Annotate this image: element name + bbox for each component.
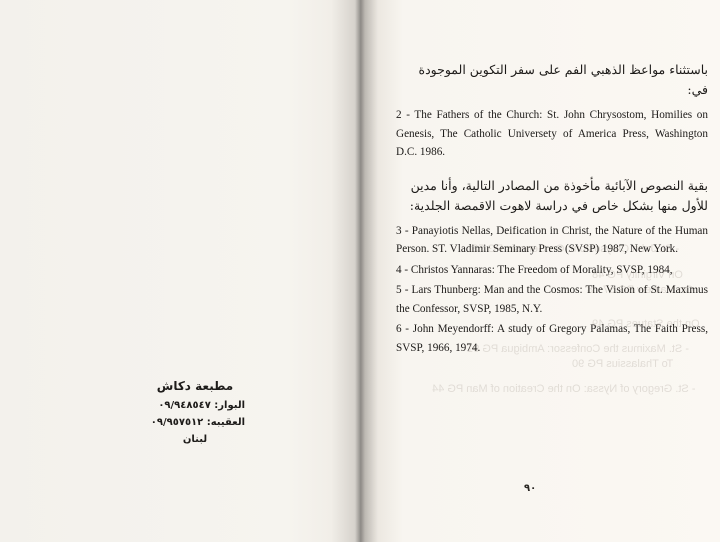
reference-3: 3 - Panayiotis Nellas, Deification in Ch… xyxy=(396,222,708,259)
printer-imprint: مطبعة دكاش البوار: ٠٩/٩٤٨٥٤٧ العقيبه: ٠٩… xyxy=(145,378,245,448)
reference-2: 2 - The Fathers of the Church: St. John … xyxy=(396,106,708,162)
printer-country: لبنان xyxy=(145,431,245,448)
reference-5: 5 - Lars Thunberg: Man and the Cosmos: T… xyxy=(396,281,708,318)
printer-name: مطبعة دكاش xyxy=(145,378,245,395)
arabic-intro-1: باستثناء مواعظ الذهبي الفم على سفر التكو… xyxy=(396,60,708,100)
printer-phone-1: البوار: ٠٩/٩٤٨٥٤٧ xyxy=(145,397,245,414)
right-page: - St. John Chrysostom: On Genesis PG 53 … xyxy=(362,0,720,542)
book-spread: مطبعة دكاش البوار: ٠٩/٩٤٨٥٤٧ العقيبه: ٠٩… xyxy=(0,0,720,542)
reference-4: 4 - Christos Yannaras: The Freedom of Mo… xyxy=(396,261,708,280)
left-page: مطبعة دكاش البوار: ٠٩/٩٤٨٥٤٧ العقيبه: ٠٩… xyxy=(0,0,360,542)
bleed-through-text: - St. Gregory of Nyssa: On the Creation … xyxy=(432,383,696,395)
arabic-intro-2: بقية النصوص الآبائية مأخوذة من المصادر ا… xyxy=(396,176,708,216)
page-number: ٩٠ xyxy=(524,483,536,494)
bleed-through-text: To Thalassius PG 90 xyxy=(572,358,673,370)
reference-6: 6 - John Meyendorff: A study of Gregory … xyxy=(396,320,708,357)
references-content: باستثناء مواعظ الذهبي الفم على سفر التكو… xyxy=(396,60,708,357)
printer-phone-2: العقيبه: ٠٩/٩٥٧٥١٢ xyxy=(145,414,245,431)
